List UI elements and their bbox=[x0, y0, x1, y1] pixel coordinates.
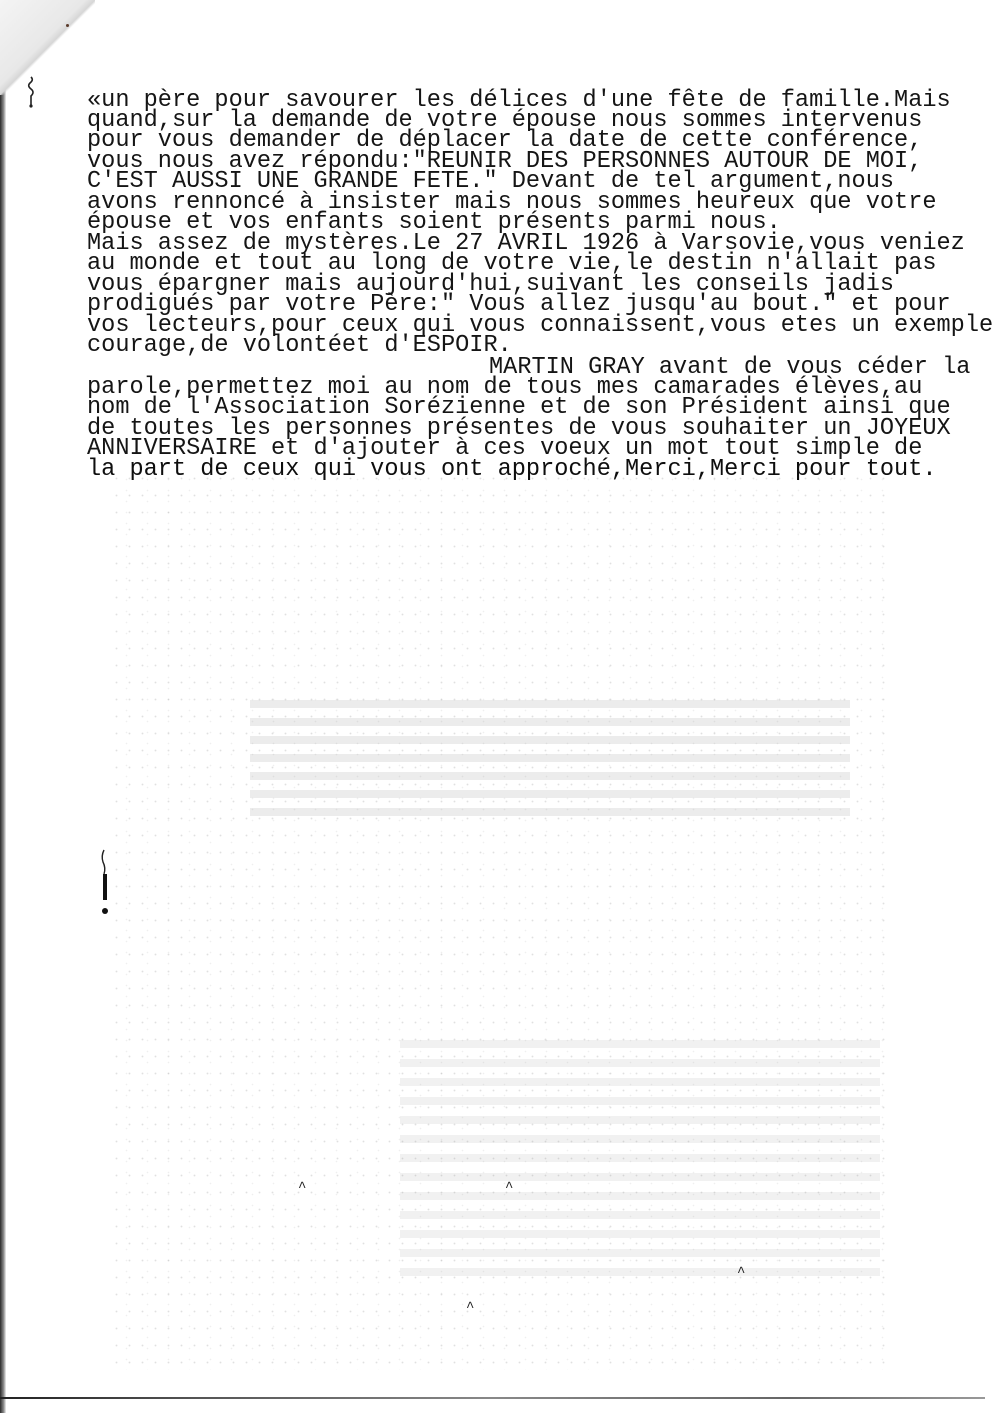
staple-mark-icon bbox=[26, 76, 36, 108]
caret-mark: ^ bbox=[466, 1300, 474, 1316]
bottom-edge-line bbox=[0, 1397, 985, 1399]
bleed-through-lines-lower bbox=[400, 1040, 880, 1280]
page-left-edge-shadow bbox=[0, 0, 6, 1413]
punch-hole-mark-icon bbox=[100, 848, 110, 920]
bleed-through-lines bbox=[250, 700, 850, 820]
text-line-13: courage,de volontéet d'ESPOIR. bbox=[87, 335, 512, 357]
text-line-19: la part de ceux qui vous ont approché,Me… bbox=[87, 459, 937, 481]
corner-speck bbox=[66, 24, 69, 27]
caret-mark: ^ bbox=[298, 1180, 306, 1196]
caret-mark: ^ bbox=[505, 1180, 513, 1196]
folded-corner bbox=[0, 0, 95, 95]
caret-mark: ^ bbox=[737, 1265, 745, 1281]
